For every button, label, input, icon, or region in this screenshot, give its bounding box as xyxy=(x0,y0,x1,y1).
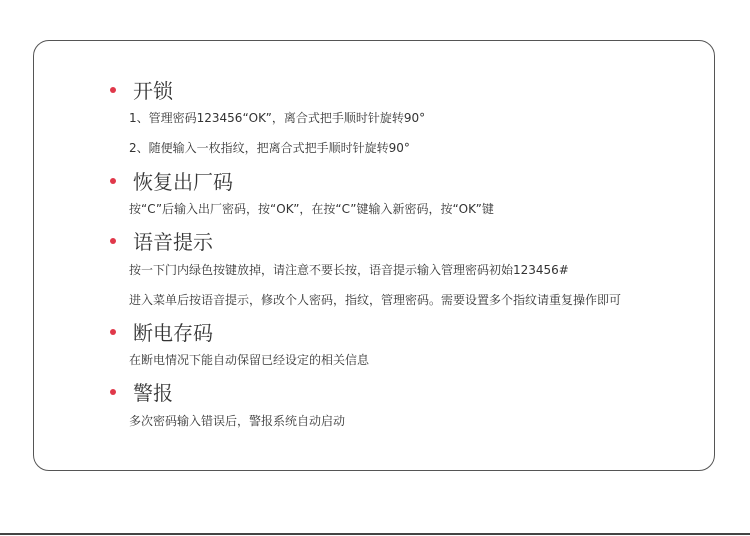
section-line: 按一下门内绿色按键放掉，请注意不要长按，语音提示输入管理密码初始123456# xyxy=(129,262,569,278)
bullet-icon xyxy=(110,389,116,395)
bullet-icon xyxy=(110,178,116,184)
section-line: 多次密码输入错误后，警报系统自动启动 xyxy=(129,413,345,429)
instructions-card xyxy=(33,40,715,471)
bullet-icon xyxy=(110,87,116,93)
section-title-voice-prompt: 语音提示 xyxy=(133,230,213,254)
section-line: 2、随便输入一枚指纹，把离合式把手顺时针旋转90° xyxy=(129,140,410,156)
section-line: 进入菜单后按语音提示，修改个人密码，指纹，管理密码。需要设置多个指纹请重复操作即… xyxy=(129,292,621,308)
section-title-alarm: 警报 xyxy=(133,381,173,405)
section-title-unlock: 开锁 xyxy=(133,79,173,103)
section-line: 1、管理密码123456“OK”，离合式把手顺时针旋转90° xyxy=(129,110,425,126)
bottom-divider xyxy=(0,533,750,535)
section-title-factory-reset: 恢复出厂码 xyxy=(133,170,233,194)
bullet-icon xyxy=(110,329,116,335)
section-title-power-off-memory: 断电存码 xyxy=(133,321,213,345)
bullet-icon xyxy=(110,238,116,244)
section-line: 在断电情况下能自动保留已经设定的相关信息 xyxy=(129,352,369,368)
section-line: 按“C”后输入出厂密码，按“OK”，在按“C”键输入新密码，按“OK”键 xyxy=(129,201,494,217)
